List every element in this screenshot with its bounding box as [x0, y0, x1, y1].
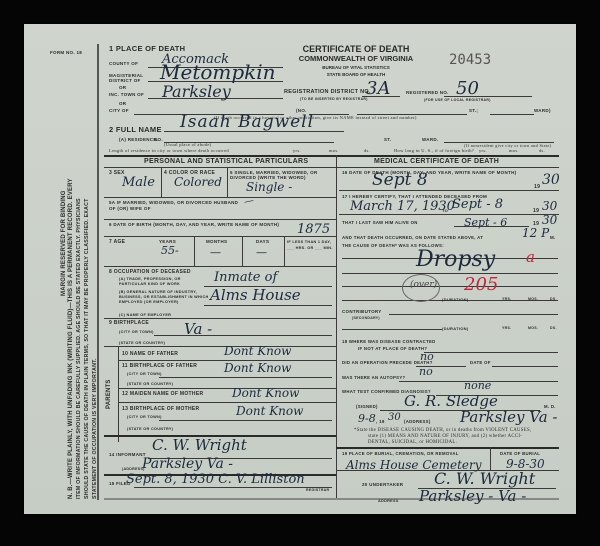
- personal-header: PERSONAL AND STATISTICAL PARTICULARS: [144, 158, 308, 165]
- instruction-line-3: SHOULD STATE THE CAUSE OF DEATH IN PLAIN…: [84, 198, 90, 499]
- city-town-label: (CITY OR TOWN): [127, 372, 162, 376]
- ward-line: [490, 114, 534, 115]
- operation-date-label: DATE OF: [470, 360, 491, 365]
- city-town-label: (CITY OR TOWN): [119, 330, 154, 334]
- informant-address-value: Parksley Va -: [142, 456, 233, 472]
- mos-label: mos.: [329, 148, 339, 153]
- row-line: [159, 420, 332, 421]
- occupation-a-label: (A) TRADE, PROFESSION, OR PARTICULAR KIN…: [119, 277, 209, 287]
- footnote-line-1: *State the DISEASE CAUSING DEATH, or in …: [354, 428, 531, 433]
- undertaker-address-value: Parksley - Va -: [419, 487, 526, 505]
- reg-district-note: (TO BE INSERTED BY REGISTRAR): [300, 97, 368, 101]
- registered-value: 50: [456, 78, 479, 99]
- board-label: STATE BOARD OF HEALTH: [286, 72, 426, 77]
- birth-value: 1875: [297, 222, 330, 237]
- operation-value: no: [420, 350, 434, 363]
- informant-label: 14 INFORMANT: [109, 452, 146, 457]
- birth-label: 6 DATE OF BIRTH (MONTH, DAY, AND YEAR, W…: [109, 222, 279, 227]
- occupation-label: 8 OCCUPATION OF DECEASED: [109, 269, 191, 275]
- date-of-death-year: 30: [542, 172, 560, 188]
- or-label: OR: [119, 101, 126, 106]
- meridiem-suffix: M.: [550, 235, 556, 240]
- cause-line: [342, 273, 558, 274]
- occupation-b-line: [204, 305, 332, 306]
- residence-label: (A) RESIDENCE.: [119, 137, 158, 142]
- duration-label: (DURATION): [442, 297, 468, 302]
- row-line: [118, 402, 336, 403]
- father-birthplace-value: Dont Know: [224, 361, 291, 375]
- occupation-b-label: (B) GENERAL NATURE OF INDUSTRY, BUSINESS…: [119, 290, 211, 305]
- divider: [227, 167, 228, 197]
- physician-address-label: (ADDRESS): [404, 419, 431, 424]
- yrs-label: yrs.: [479, 148, 487, 153]
- signed-label: (SIGNED): [356, 404, 378, 409]
- divider: [194, 236, 195, 266]
- state-country-label: (STATE OR COUNTRY): [127, 427, 173, 431]
- city-label: CITY OF: [109, 108, 129, 113]
- contributory-line: [342, 329, 442, 330]
- attended-to-value: Sept - 8: [452, 197, 503, 212]
- state-country-label: (STATE OR COUNTRY): [119, 341, 165, 345]
- last-saw-year: 30: [542, 213, 557, 227]
- marital-value: Single -: [246, 180, 292, 194]
- row-line: [118, 388, 336, 389]
- ds-label: ds.: [539, 148, 545, 153]
- row-line: [339, 214, 559, 215]
- days-value: —: [256, 246, 267, 259]
- residence-st-label: ST.: [384, 137, 391, 142]
- father-label: 10 NAME OF FATHER: [122, 351, 178, 357]
- contracted-line: [424, 352, 558, 353]
- residence-note: (Usual place of abode): [164, 142, 211, 147]
- margin-rule: [97, 44, 99, 500]
- undertaker-value: C. W. Wright: [434, 469, 535, 488]
- contributory-line: [389, 314, 558, 315]
- contracted-label-2: IF NOT AT PLACE OF DEATH?: [358, 346, 427, 351]
- occupation-b-value: Alms House: [210, 286, 301, 304]
- spouse-value: —: [243, 195, 255, 208]
- divider: [242, 236, 243, 266]
- row-line: [104, 318, 336, 319]
- burial-date-label: DATE OF BURIAL: [500, 451, 540, 456]
- reg-district-label: REGISTRATION DISTRICT NO.: [284, 89, 371, 95]
- reg-district-value: 3A: [366, 78, 390, 99]
- footnote-line-3: DENTAL, SUICIDAL, or HOMICIDAL.: [368, 440, 457, 445]
- over-note: (over): [410, 280, 437, 290]
- filed-line: [134, 487, 332, 488]
- ds-label: DS.: [550, 297, 557, 301]
- form-number: FORM NO. 18: [50, 50, 82, 55]
- autopsy-label: WAS THERE AN AUTOPSY?: [342, 375, 405, 380]
- full-name-label: 2 FULL NAME: [109, 125, 162, 134]
- death-time-value: 12 P: [522, 226, 549, 240]
- death-occurred-label: AND THAT DEATH OCCURRED, ON DATE STATED …: [342, 235, 483, 240]
- employer-label: (C) NAME OF EMPLOYER: [119, 313, 171, 317]
- yrs-label: YRS.: [502, 297, 511, 301]
- row-line: [104, 236, 336, 237]
- certificate-title: CERTIFICATE OF DEATH: [286, 44, 426, 54]
- divider: [284, 236, 285, 266]
- last-saw-value: Sept - 6: [464, 216, 507, 229]
- cause-code-suffix: a: [526, 248, 535, 266]
- mother-label: 12 MAIDEN NAME OF MOTHER: [122, 391, 203, 397]
- cause-line: [342, 286, 558, 287]
- instruction-line-2: ITEM OF INFORMATION SHOULD BE CAREFULLY …: [76, 198, 82, 499]
- contracted-label: 18 WHERE WAS DISEASE CONTRACTED: [342, 339, 436, 344]
- registered-label: REGISTERED NO.: [406, 90, 449, 95]
- residence-no-label: NO.: [154, 137, 163, 142]
- occupation-a-value: Inmate of: [214, 270, 277, 285]
- registrar-label: REGISTRAR: [306, 488, 329, 492]
- divider: [161, 167, 162, 197]
- st-label: ST.;: [469, 108, 478, 113]
- last-saw-label: THAT I LAST SAW HIM ALIVE ON: [342, 220, 418, 225]
- county-label: COUNTY OF: [109, 61, 138, 66]
- row-line: [104, 266, 336, 267]
- months-label: MONTHS: [206, 239, 227, 244]
- row-line: [104, 346, 336, 347]
- section-divider: [104, 155, 559, 157]
- color-value: Colored: [174, 175, 222, 189]
- full-name-value: Isaah Bagwell: [180, 112, 314, 132]
- mother-birthplace-label: 13 BIRTHPLACE OF MOTHER: [122, 406, 199, 412]
- or-label: OR: [119, 85, 126, 90]
- divider: [490, 447, 491, 470]
- year-prefix: , 19: [376, 419, 385, 424]
- district-label: MAGISTERIAL DISTRICT OF: [109, 73, 149, 83]
- informant-value: C. W. Wright: [152, 436, 247, 454]
- cause-value: Dropsy: [416, 247, 495, 272]
- birthplace-value: Va -: [184, 320, 212, 338]
- yrs-label: YRS.: [502, 326, 511, 330]
- row-line: [104, 219, 336, 220]
- burial-place-label: 19 PLACE OF BURIAL, CREMATION, OR REMOVA…: [342, 451, 482, 456]
- parents-label: PARENTS: [106, 379, 112, 409]
- certificate-number: 20453: [449, 52, 491, 68]
- foreign-birth-label: How long in U. S., if of foreign birth?: [394, 148, 474, 153]
- date-of-death-label: 16 DATE OF DEATH (MONTH, DAY, AND YEAR, …: [342, 170, 516, 175]
- autopsy-value: no: [419, 365, 433, 378]
- days-label: DAYS: [256, 239, 269, 244]
- marital-label: 5 SINGLE, MARRIED, WIDOWED, OR DIVORCED …: [230, 170, 330, 180]
- certificate-subtitle: COMMONWEALTH OF VIRGINIA: [274, 54, 438, 63]
- section-divider: [336, 447, 559, 449]
- months-value: —: [210, 246, 221, 259]
- bureau-label: BUREAU OF VITAL STATISTICS: [286, 65, 426, 70]
- date-of-death-value: Sept 8: [372, 170, 428, 190]
- length-of-residence-label: Length of residence in city or town wher…: [109, 148, 229, 153]
- undertaker-label: 20 UNDERTAKER: [362, 482, 403, 487]
- last-saw-line: [454, 226, 529, 227]
- residence-ward-label: WARD.: [422, 137, 439, 142]
- header-line: [104, 167, 559, 168]
- filed-value: Sept. 8, 1930 C. V. Lilliston: [126, 472, 305, 487]
- mos-label: MOS.: [528, 297, 538, 301]
- district-value: Metompkin: [160, 60, 276, 84]
- duration-label: (DURATION): [442, 326, 468, 331]
- city-town-label: (CITY OR TOWN): [127, 415, 162, 419]
- row-line: [159, 377, 332, 378]
- father-value: Dont Know: [224, 344, 291, 358]
- ds-label: ds.: [364, 148, 370, 153]
- death-certificate: FORM NO. 18 MARGIN RESERVED FOR BINDING …: [24, 24, 576, 514]
- medical-header: MEDICAL CERTIFICATE OF DEATH: [374, 158, 499, 165]
- footnote-line-2: state (1) MEANS AND NATURE OF INJURY, an…: [368, 434, 522, 439]
- mother-value: Dont Know: [232, 386, 299, 400]
- row-line: [339, 190, 559, 191]
- less-than-label: IF LESS THAN 1 DAY, ___ HRS. OR ___ MIN.: [287, 239, 335, 251]
- secondary-label: (SECONDARY): [352, 316, 380, 320]
- row-line: [104, 197, 336, 198]
- undertaker-address-label: ADDRESS: [378, 499, 399, 503]
- mother-birthplace-value: Dont Know: [236, 404, 303, 418]
- to-label: TO: [442, 208, 448, 213]
- years-value: 55-: [161, 244, 179, 257]
- spouse-label: 5A IF MARRIED, WIDOWED, OR DIVORCED HUSB…: [109, 200, 239, 211]
- instruction-line-1: N. B.—WRITE PLAINLY, WITH UNFADING INK (…: [68, 178, 74, 499]
- margin-note: MARGIN RESERVED FOR BINDING: [61, 190, 67, 296]
- ward-label: WARD): [534, 108, 551, 113]
- contributory-label: CONTRIBUTORY: [342, 309, 382, 314]
- signed-year: 30: [388, 412, 401, 423]
- birthplace-line: [154, 335, 332, 336]
- state-country-label: (STATE OR COUNTRY): [127, 382, 173, 386]
- birthplace-label: 9 BIRTHPLACE: [109, 320, 149, 326]
- ds-label: DS.: [550, 326, 557, 330]
- sex-value: Male: [122, 175, 155, 190]
- signed-date-value: 9-8: [358, 412, 376, 425]
- operation-date-line: [492, 366, 558, 367]
- age-label: 7 AGE: [109, 239, 125, 245]
- town-label: INC. TOWN OF: [109, 92, 144, 97]
- registered-note: (FOR USE OF LOCAL REGISTRAR): [424, 98, 491, 102]
- mos-label: MOS.: [528, 326, 538, 330]
- yrs-label: yrs.: [293, 148, 301, 153]
- test-value: none: [464, 379, 491, 392]
- father-birthplace-label: 11 BIRTHPLACE OF FATHER: [122, 363, 197, 369]
- physician-address-value: Parksley Va -: [460, 408, 557, 426]
- cause-code: 205: [464, 274, 498, 295]
- attended-to-year: 30: [542, 199, 557, 213]
- town-value: Parksley: [162, 82, 231, 101]
- attended-from-value: March 17, 1930: [350, 199, 455, 214]
- mos-label: mos.: [509, 148, 519, 153]
